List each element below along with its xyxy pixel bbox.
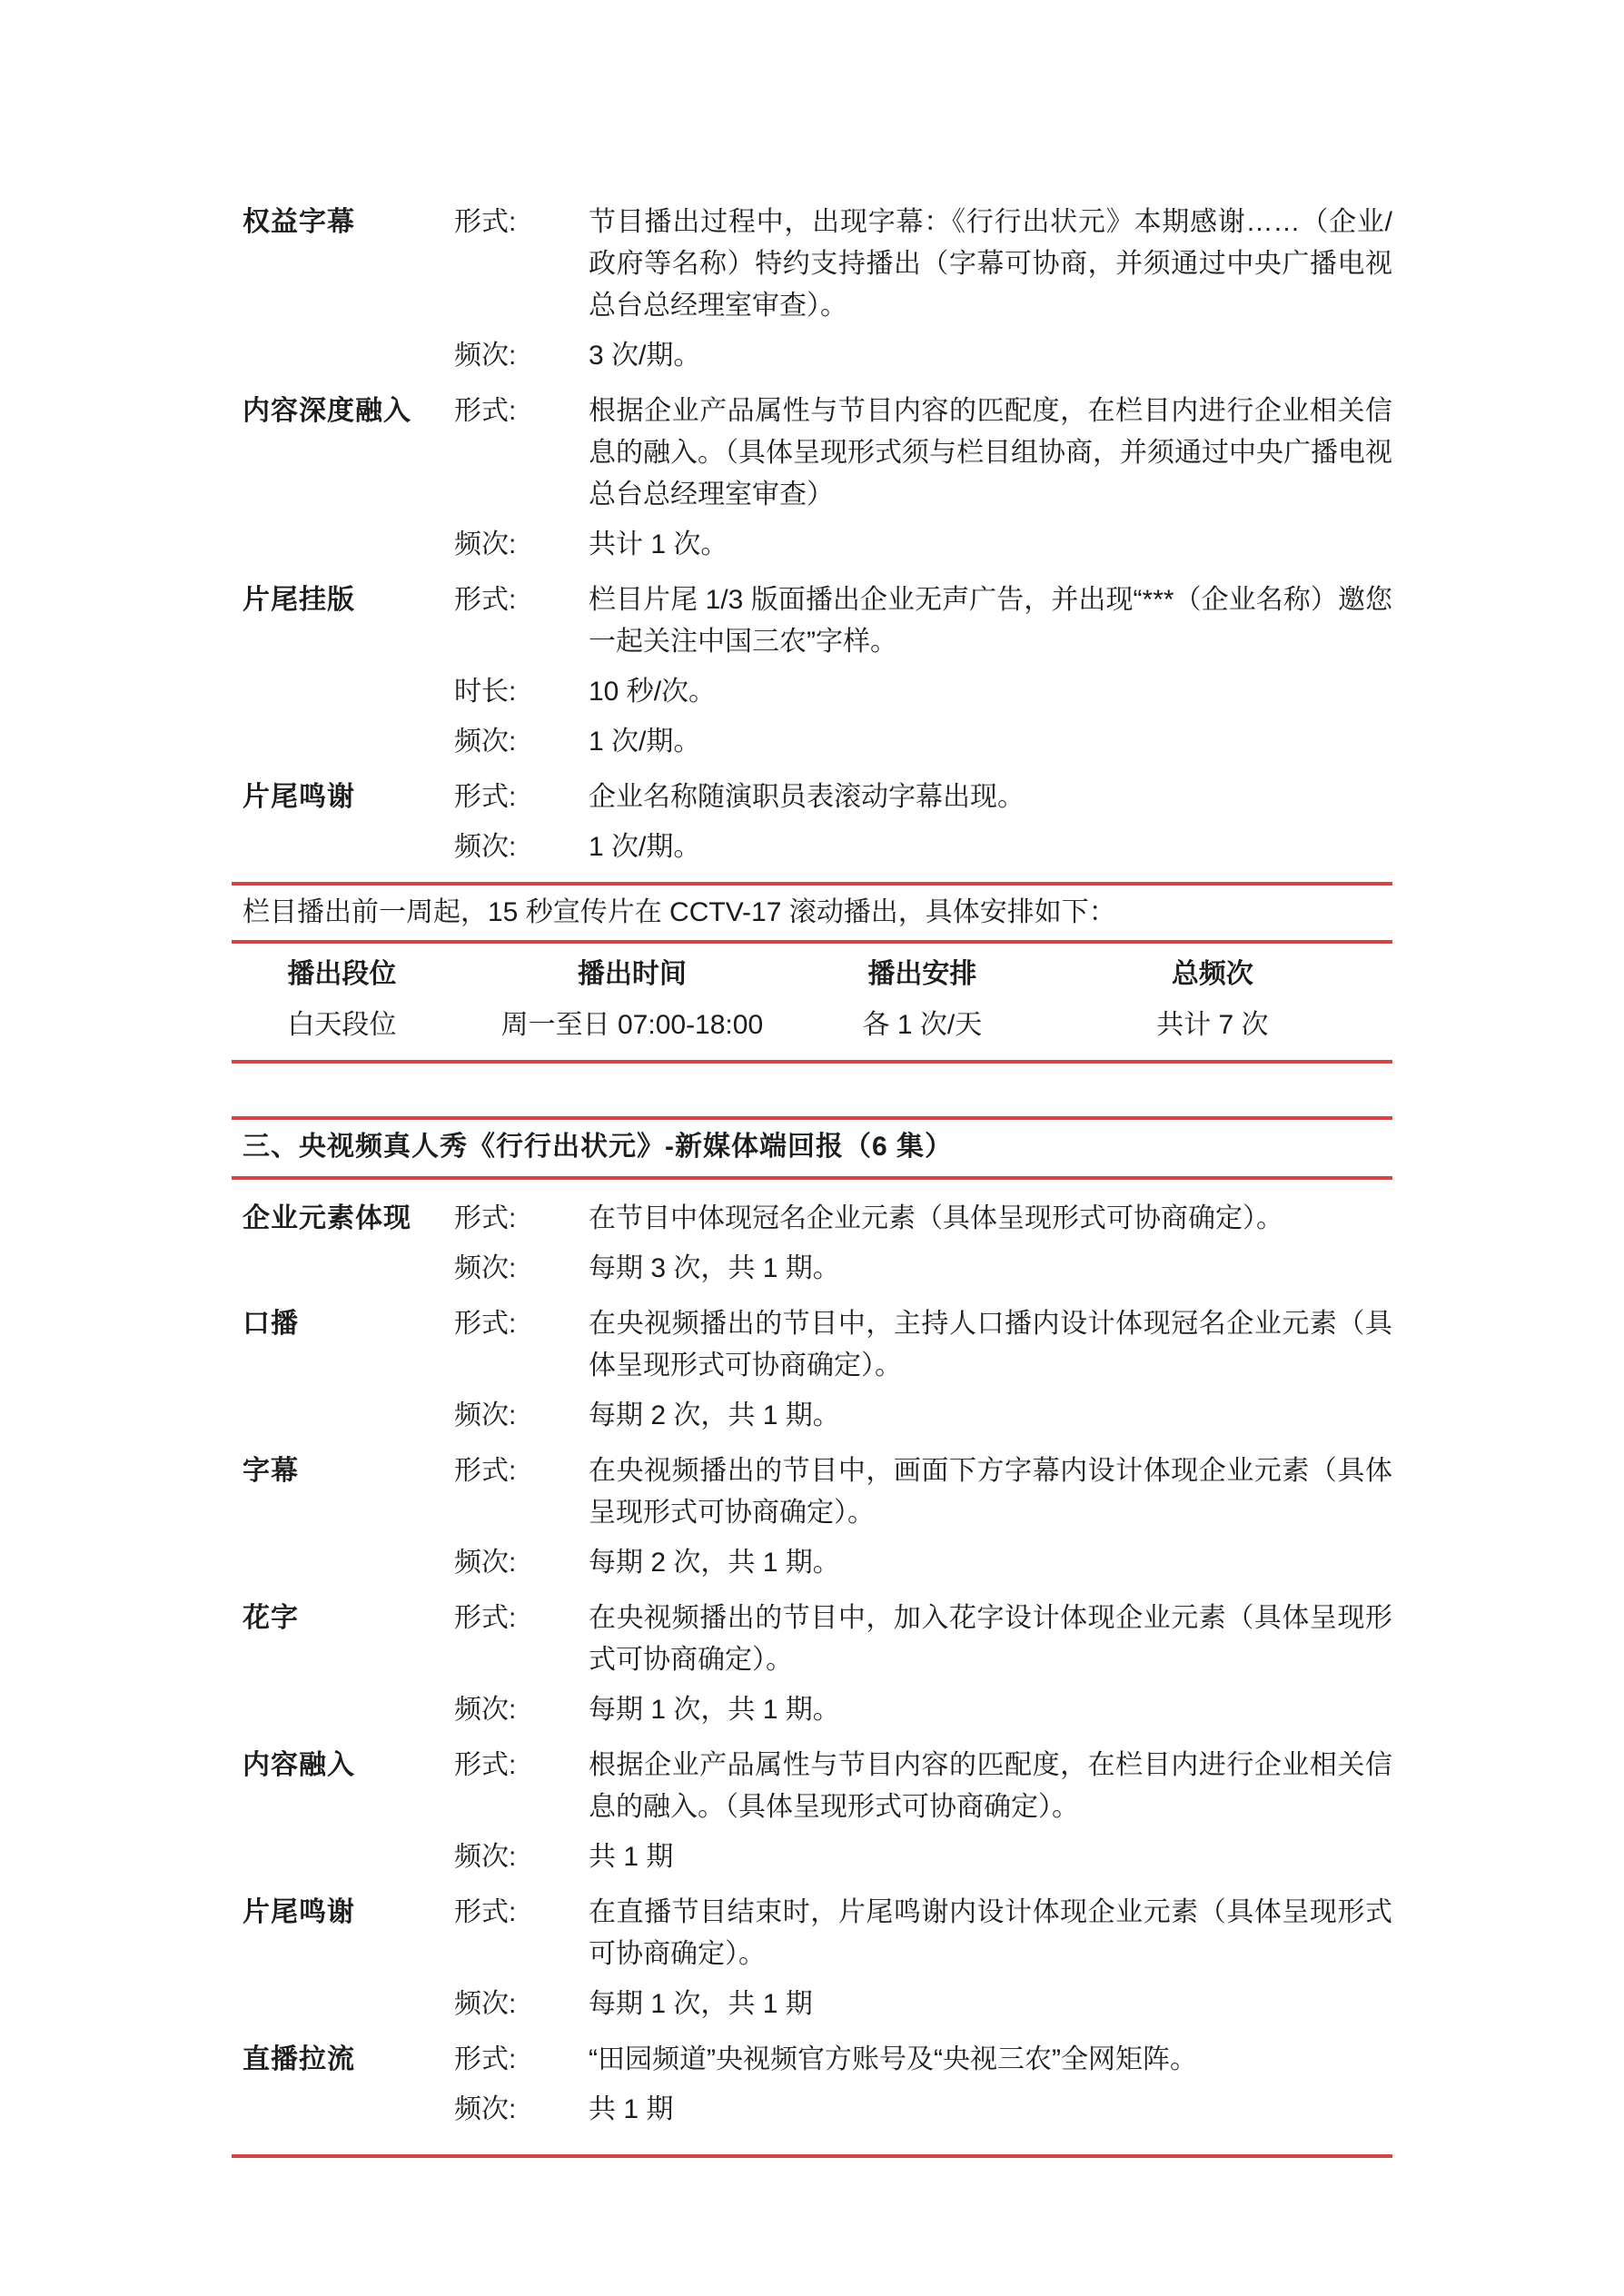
field-label: 频次:	[454, 721, 589, 763]
field-text: 每期 2 次，共 1 期。	[589, 1395, 1392, 1437]
term-label: 口播	[232, 1303, 454, 1387]
term-label: 花字	[232, 1598, 454, 1681]
field-text: 企业名称随演职员表滚动字幕出现。	[589, 777, 1392, 818]
benefit-row-live-stream-pull: 直播拉流 形式: “田园频道”央视频官方账号及“央视三农”全网矩阵。 频次: 共…	[232, 2039, 1392, 2131]
field-text: 根据企业产品属性与节目内容的匹配度，在栏目内进行企业相关信息的融入。（具体呈现形…	[589, 391, 1392, 516]
column-header: 总频次	[1033, 949, 1392, 1000]
field-label: 频次:	[454, 2089, 589, 2131]
benefit-row-enterprise-element: 企业元素体现 形式: 在节目中体现冠名企业元素（具体呈现形式可协商确定）。 频次…	[232, 1198, 1392, 1290]
document-page: 权益字幕 形式: 节目播出过程中，出现字幕：《行行出状元》本期感谢……（企业/政…	[232, 202, 1392, 2158]
field-label: 频次:	[454, 1984, 589, 2025]
benefit-row-content-integration: 内容融入 形式: 根据企业产品属性与节目内容的匹配度，在栏目内进行企业相关信息的…	[232, 1745, 1392, 1878]
column-header: 播出段位	[232, 949, 452, 1000]
field-text: 在节目中体现冠名企业元素（具体呈现形式可协商确定）。	[589, 1198, 1392, 1240]
field-label: 形式:	[454, 391, 589, 516]
section-title: 三、央视频真人秀《行行出状元》-新媒体端回报（6 集）	[232, 1120, 1392, 1176]
field-text: 共 1 期	[589, 2089, 1392, 2131]
table-cell: 各 1 次/天	[812, 1000, 1033, 1051]
section-new-media-benefits: 企业元素体现 形式: 在节目中体现冠名企业元素（具体呈现形式可协商确定）。 频次…	[232, 1180, 1392, 2131]
column-header: 播出时间	[452, 949, 812, 1000]
field-text: 每期 3 次，共 1 期。	[589, 1248, 1392, 1290]
divider	[232, 2154, 1392, 2158]
field-text: 在央视频播出的节目中，主持人口播内设计体现冠名企业元素（具体呈现形式可协商确定）…	[589, 1303, 1392, 1387]
field-label: 频次:	[454, 335, 589, 377]
field-label: 频次:	[454, 1542, 589, 1584]
field-text: 在央视频播出的节目中，画面下方字幕内设计体现企业元素（具体呈现形式可协商确定）。	[589, 1450, 1392, 1534]
field-text: 共计 1 次。	[589, 524, 1392, 566]
section-broadcast-benefits: 权益字幕 形式: 节目播出过程中，出现字幕：《行行出状元》本期感谢……（企业/政…	[232, 202, 1392, 868]
field-label: 形式:	[454, 1892, 589, 1975]
field-label: 形式:	[454, 1450, 589, 1534]
term-label: 直播拉流	[232, 2039, 454, 2081]
benefit-row-endcredit-board: 片尾挂版 形式: 栏目片尾 1/3 版面播出企业无声广告，并出现“***（企业名…	[232, 579, 1392, 763]
field-text: 3 次/期。	[589, 335, 1392, 377]
field-label: 形式:	[454, 202, 589, 327]
field-label: 形式:	[454, 2039, 589, 2081]
section-gap	[232, 1064, 1392, 1116]
field-text: 栏目片尾 1/3 版面播出企业无声广告，并出现“***（企业名称）邀您一起关注中…	[589, 579, 1392, 663]
field-label: 频次:	[454, 524, 589, 566]
field-label: 形式:	[454, 579, 589, 663]
field-label: 形式:	[454, 777, 589, 818]
benefit-row-endcredit-thanks-newmedia: 片尾鸣谢 形式: 在直播节目结束时，片尾鸣谢内设计体现企业元素（具体呈现形式可协…	[232, 1892, 1392, 2025]
field-label: 频次:	[454, 1248, 589, 1290]
field-text: 每期 1 次，共 1 期	[589, 1984, 1392, 2025]
field-label: 形式:	[454, 1198, 589, 1240]
field-label: 频次:	[454, 1836, 589, 1878]
field-text: 每期 1 次，共 1 期。	[589, 1689, 1392, 1731]
term-label: 字幕	[232, 1450, 454, 1534]
promo-note: 栏目播出前一周起，15 秒宣传片在 CCTV-17 滚动播出，具体安排如下：	[232, 886, 1392, 940]
table-cell: 白天段位	[232, 1000, 452, 1051]
field-label: 形式:	[454, 1303, 589, 1387]
field-text: 根据企业产品属性与节目内容的匹配度，在栏目内进行企业相关信息的融入。（具体呈现形…	[589, 1745, 1392, 1828]
benefit-row-subtitle: 字幕 形式: 在央视频播出的节目中，画面下方字幕内设计体现企业元素（具体呈现形式…	[232, 1450, 1392, 1584]
benefit-row-oral-broadcast: 口播 形式: 在央视频播出的节目中，主持人口播内设计体现冠名企业元素（具体呈现形…	[232, 1303, 1392, 1437]
field-text: 在央视频播出的节目中，加入花字设计体现企业元素（具体呈现形式可协商确定）。	[589, 1598, 1392, 1681]
term-label: 内容融入	[232, 1745, 454, 1828]
field-label: 时长:	[454, 671, 589, 713]
term-label: 权益字幕	[232, 202, 454, 327]
field-text: 1 次/期。	[589, 721, 1392, 763]
field-text: 节目播出过程中，出现字幕：《行行出状元》本期感谢……（企业/政府等名称）特约支持…	[589, 202, 1392, 327]
field-text: 每期 2 次，共 1 期。	[589, 1542, 1392, 1584]
column-header: 播出安排	[812, 949, 1033, 1000]
benefit-row-content-deep-integration: 内容深度融入 形式: 根据企业产品属性与节目内容的匹配度，在栏目内进行企业相关信…	[232, 391, 1392, 566]
field-text: 共 1 期	[589, 1836, 1392, 1878]
benefit-row-huazi: 花字 形式: 在央视频播出的节目中，加入花字设计体现企业元素（具体呈现形式可协商…	[232, 1598, 1392, 1731]
field-label: 形式:	[454, 1598, 589, 1681]
term-label: 片尾挂版	[232, 579, 454, 663]
term-label: 企业元素体现	[232, 1198, 454, 1240]
table-cell: 共计 7 次	[1033, 1000, 1392, 1051]
promo-schedule-table: 播出段位 播出时间 播出安排 总频次 白天段位 周一至日 07:00-18:00…	[232, 944, 1392, 1060]
field-text: 在直播节目结束时，片尾鸣谢内设计体现企业元素（具体呈现形式可协商确定）。	[589, 1892, 1392, 1975]
field-label: 频次:	[454, 1395, 589, 1437]
benefit-row-rights-subtitle: 权益字幕 形式: 节目播出过程中，出现字幕：《行行出状元》本期感谢……（企业/政…	[232, 202, 1392, 377]
field-text: 1 次/期。	[589, 826, 1392, 868]
benefit-row-endcredit-thanks: 片尾鸣谢 形式: 企业名称随演职员表滚动字幕出现。 频次: 1 次/期。	[232, 777, 1392, 868]
term-label: 内容深度融入	[232, 391, 454, 516]
field-label: 频次:	[454, 826, 589, 868]
term-label: 片尾鸣谢	[232, 777, 454, 818]
table-cell: 周一至日 07:00-18:00	[452, 1000, 812, 1051]
term-label: 片尾鸣谢	[232, 1892, 454, 1975]
field-label: 频次:	[454, 1689, 589, 1731]
field-text: 10 秒/次。	[589, 671, 1392, 713]
field-label: 形式:	[454, 1745, 589, 1828]
field-text: “田园频道”央视频官方账号及“央视三农”全网矩阵。	[589, 2039, 1392, 2081]
